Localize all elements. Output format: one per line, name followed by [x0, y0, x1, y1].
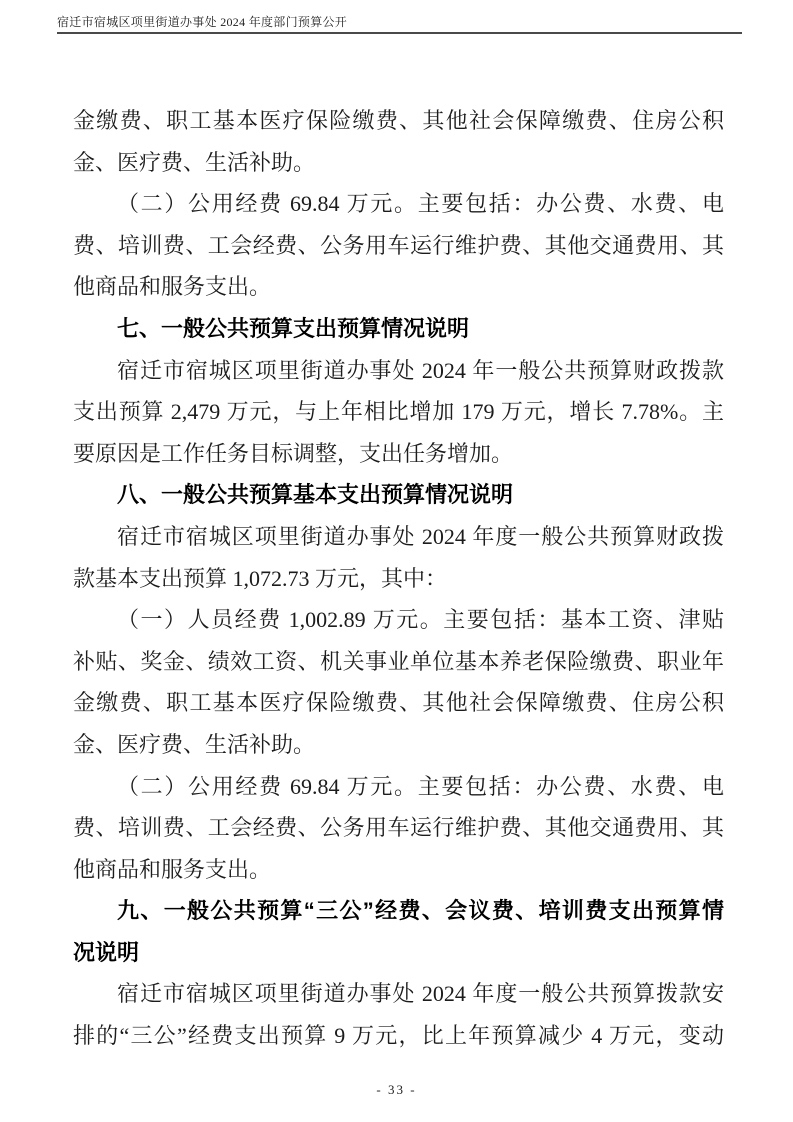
text-line: 费、培训费、工会经费、公务用车运行维护费、其他交通费用、其 [73, 807, 724, 849]
text-line: 宿迁市宿城区项里街道办事处 2024 年度一般公共预算财政拨 [73, 516, 724, 558]
text-line: 补贴、奖金、绩效工资、机关事业单位基本养老保险缴费、职业年 [73, 641, 724, 683]
text-line: 金、医疗费、生活补助。 [73, 724, 724, 766]
heading-section-8: 八、一般公共预算基本支出预算情况说明 [73, 474, 724, 516]
text-line: 款基本支出预算 1,072.73 万元，其中： [73, 558, 724, 600]
text-line: （二）公用经费 69.84 万元。主要包括：办公费、水费、电 [73, 766, 724, 808]
header-title: 宿迁市宿城区项里街道办事处 2024 年度部门预算公开 [57, 13, 347, 30]
heading-section-7: 七、一般公共预算支出预算情况说明 [73, 308, 724, 350]
heading-section-9-line-1: 九、一般公共预算“三公”经费、会议费、培训费支出预算情 [73, 890, 724, 932]
text-line: 金缴费、职工基本医疗保险缴费、其他社会保障缴费、住房公积 [73, 100, 724, 142]
text-line: 宿迁市宿城区项里街道办事处 2024 年度一般公共预算拨款安 [73, 973, 724, 1015]
text-line: 宿迁市宿城区项里街道办事处 2024 年一般公共预算财政拨款 [73, 350, 724, 392]
text-line: 金缴费、职工基本医疗保险缴费、其他社会保障缴费、住房公积 [73, 682, 724, 724]
text-line: 排的“三公”经费支出预算 9 万元，比上年预算减少 4 万元，变动 [73, 1015, 724, 1057]
text-line: 他商品和服务支出。 [73, 849, 724, 891]
heading-section-9-line-2: 况说明 [73, 932, 724, 974]
text-line: 费、培训费、工会经费、公务用车运行维护费、其他交通费用、其 [73, 225, 724, 267]
text-line: 支出预算 2,479 万元，与上年相比增加 179 万元，增长 7.78%。主 [73, 391, 724, 433]
document-page: 宿迁市宿城区项里街道办事处 2024 年度部门预算公开 金缴费、职工基本医疗保险… [0, 0, 793, 1122]
text-line: （一）人员经费 1,002.89 万元。主要包括：基本工资、津贴 [73, 599, 724, 641]
document-body: 金缴费、职工基本医疗保险缴费、其他社会保障缴费、住房公积 金、医疗费、生活补助。… [73, 100, 724, 1057]
text-line: 金、医疗费、生活补助。 [73, 142, 724, 184]
header-rule [57, 32, 742, 34]
text-line: （二）公用经费 69.84 万元。主要包括：办公费、水费、电 [73, 183, 724, 225]
text-line: 要原因是工作任务目标调整，支出任务增加。 [73, 433, 724, 475]
page-footer: - 33 - [0, 1082, 793, 1098]
text-line: 他商品和服务支出。 [73, 266, 724, 308]
page-number: - 33 - [376, 1082, 416, 1097]
